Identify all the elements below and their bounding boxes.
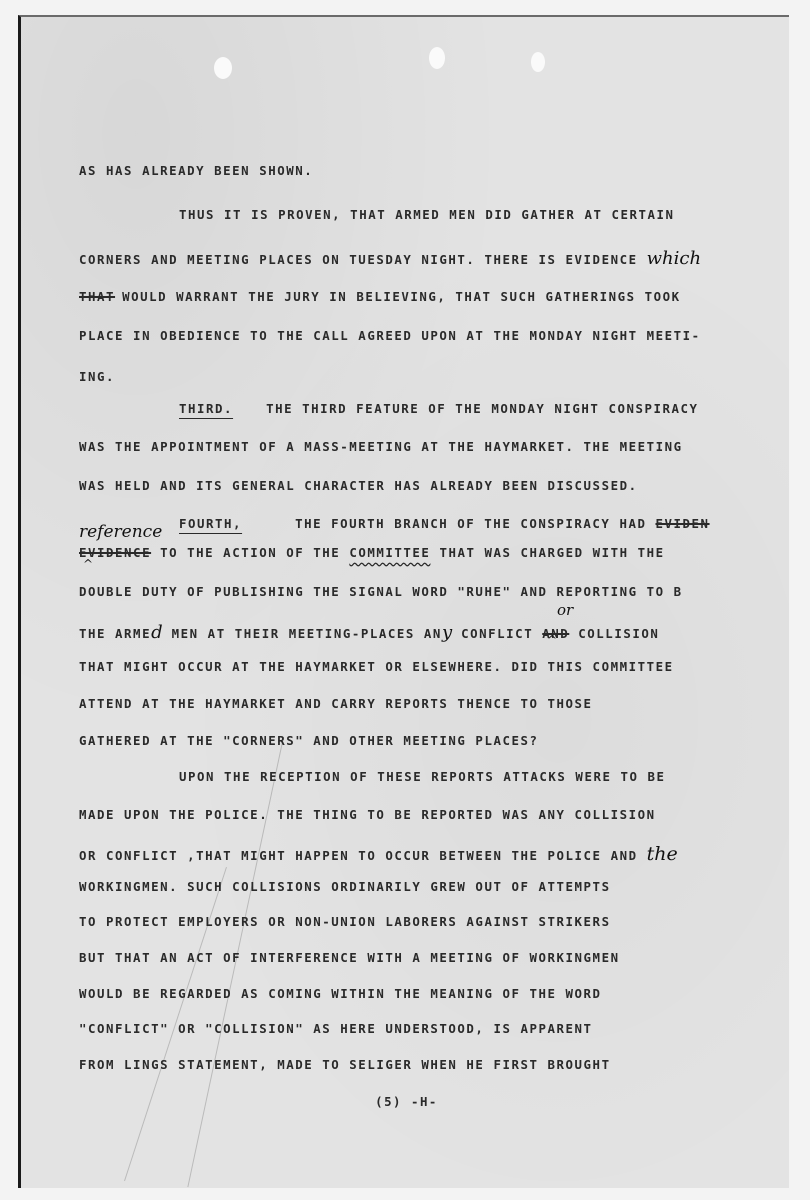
caret-mark: ^: [547, 633, 557, 647]
paper-hole: [429, 47, 445, 69]
document-page: AS HAS ALREADY BEEN SHOWN. THUS IT IS PR…: [18, 15, 789, 1188]
text-line: WAS THE APPOINTMENT OF A MASS-MEETING AT…: [79, 439, 683, 454]
text-span: COLLISION: [578, 626, 659, 641]
text-line: THAT MIGHT OCCUR AT THE HAYMARKET OR ELS…: [79, 659, 674, 674]
text-line: WORKINGMEN. SUCH COLLISIONS ORDINARILY G…: [79, 879, 611, 894]
text-span: OR CONFLICT ,THAT MIGHT HAPPEN TO OCCUR …: [79, 848, 638, 863]
struck-word: EVIDEN: [656, 516, 710, 531]
handwritten-insertion: the: [647, 843, 678, 865]
text-line: WOULD BE REGARDED AS COMING WITHIN THE M…: [79, 986, 602, 1001]
paper-hole: [214, 57, 232, 79]
text-line: UPON THE RECEPTION OF THESE REPORTS ATTA…: [179, 769, 666, 784]
handwritten-insertion: or: [557, 601, 573, 619]
text-span: THE FOURTH BRANCH OF THE CONSPIRACY HAD: [295, 516, 646, 531]
handwritten-insertion: which: [647, 248, 701, 269]
text-line: BUT THAT AN ACT OF INTERFERENCE WITH A M…: [79, 950, 620, 965]
page-number: (5) -H-: [21, 1094, 792, 1109]
text-line: "CONFLICT" OR "COLLISION" AS HERE UNDERS…: [79, 1021, 593, 1036]
text-line: TO PROTECT EMPLOYERS OR NON-UNION LABORE…: [79, 914, 611, 929]
text-line: MADE UPON THE POLICE. THE THING TO BE RE…: [79, 807, 656, 822]
text-line: FROM LINGS STATEMENT, MADE TO SELIGER WH…: [79, 1057, 611, 1072]
text-span: TO THE ACTION OF THE: [160, 545, 340, 560]
text-line: THUS IT IS PROVEN, THAT ARMED MEN DID GA…: [179, 207, 675, 222]
text-span: CORNERS AND MEETING PLACES ON TUESDAY NI…: [79, 252, 638, 267]
text-line: GATHERED AT THE "CORNERS" AND OTHER MEET…: [79, 733, 539, 748]
text-line: CORNERS AND MEETING PLACES ON TUESDAY NI…: [79, 248, 701, 269]
paper-hole: [531, 52, 545, 72]
text-line: PLACE IN OBEDIENCE TO THE CALL AGREED UP…: [79, 328, 701, 343]
section-heading-fourth: FOURTH,: [179, 516, 242, 531]
underlined-word: COMMITTEE: [349, 545, 430, 560]
text-line: AS HAS ALREADY BEEN SHOWN.: [79, 163, 313, 178]
struck-word: THAT: [79, 289, 115, 304]
text-span: THE ARME: [79, 626, 151, 641]
text-span: WOULD WARRANT THE JURY IN BELIEVING, THA…: [122, 289, 681, 304]
text-line: THAT WOULD WARRANT THE JURY IN BELIEVING…: [79, 289, 681, 304]
text-line: THIRD. THE THIRD FEATURE OF THE MONDAY N…: [179, 401, 699, 416]
handwritten-insertion: reference: [79, 522, 162, 542]
text-line: DOUBLE DUTY OF PUBLISHING THE SIGNAL WOR…: [79, 584, 683, 599]
handwritten-insertion: d: [151, 622, 163, 643]
handwritten-insertion: y: [442, 622, 452, 643]
text-span: MEN AT THEIR MEETING-PLACES AN: [172, 626, 442, 641]
text-line: ATTEND AT THE HAYMARKET AND CARRY REPORT…: [79, 696, 593, 711]
text-line: THE ARMEd MEN AT THEIR MEETING-PLACES AN…: [79, 622, 659, 643]
text-line: WAS HELD AND ITS GENERAL CHARACTER HAS A…: [79, 478, 638, 493]
section-heading-third: THIRD.: [179, 401, 233, 416]
text-span: THAT WAS CHARGED WITH THE: [439, 545, 664, 560]
caret-mark: ^: [83, 557, 93, 571]
text-span: CONFLICT: [461, 626, 533, 641]
text-line: ING.: [79, 369, 115, 384]
text-line: OR CONFLICT ,THAT MIGHT HAPPEN TO OCCUR …: [79, 843, 678, 865]
text-line: EVIDENCE TO THE ACTION OF THE COMMITTEE …: [79, 545, 665, 560]
text-span: THE THIRD FEATURE OF THE MONDAY NIGHT CO…: [266, 401, 698, 416]
text-line: FOURTH, THE FOURTH BRANCH OF THE CONSPIR…: [179, 516, 710, 531]
